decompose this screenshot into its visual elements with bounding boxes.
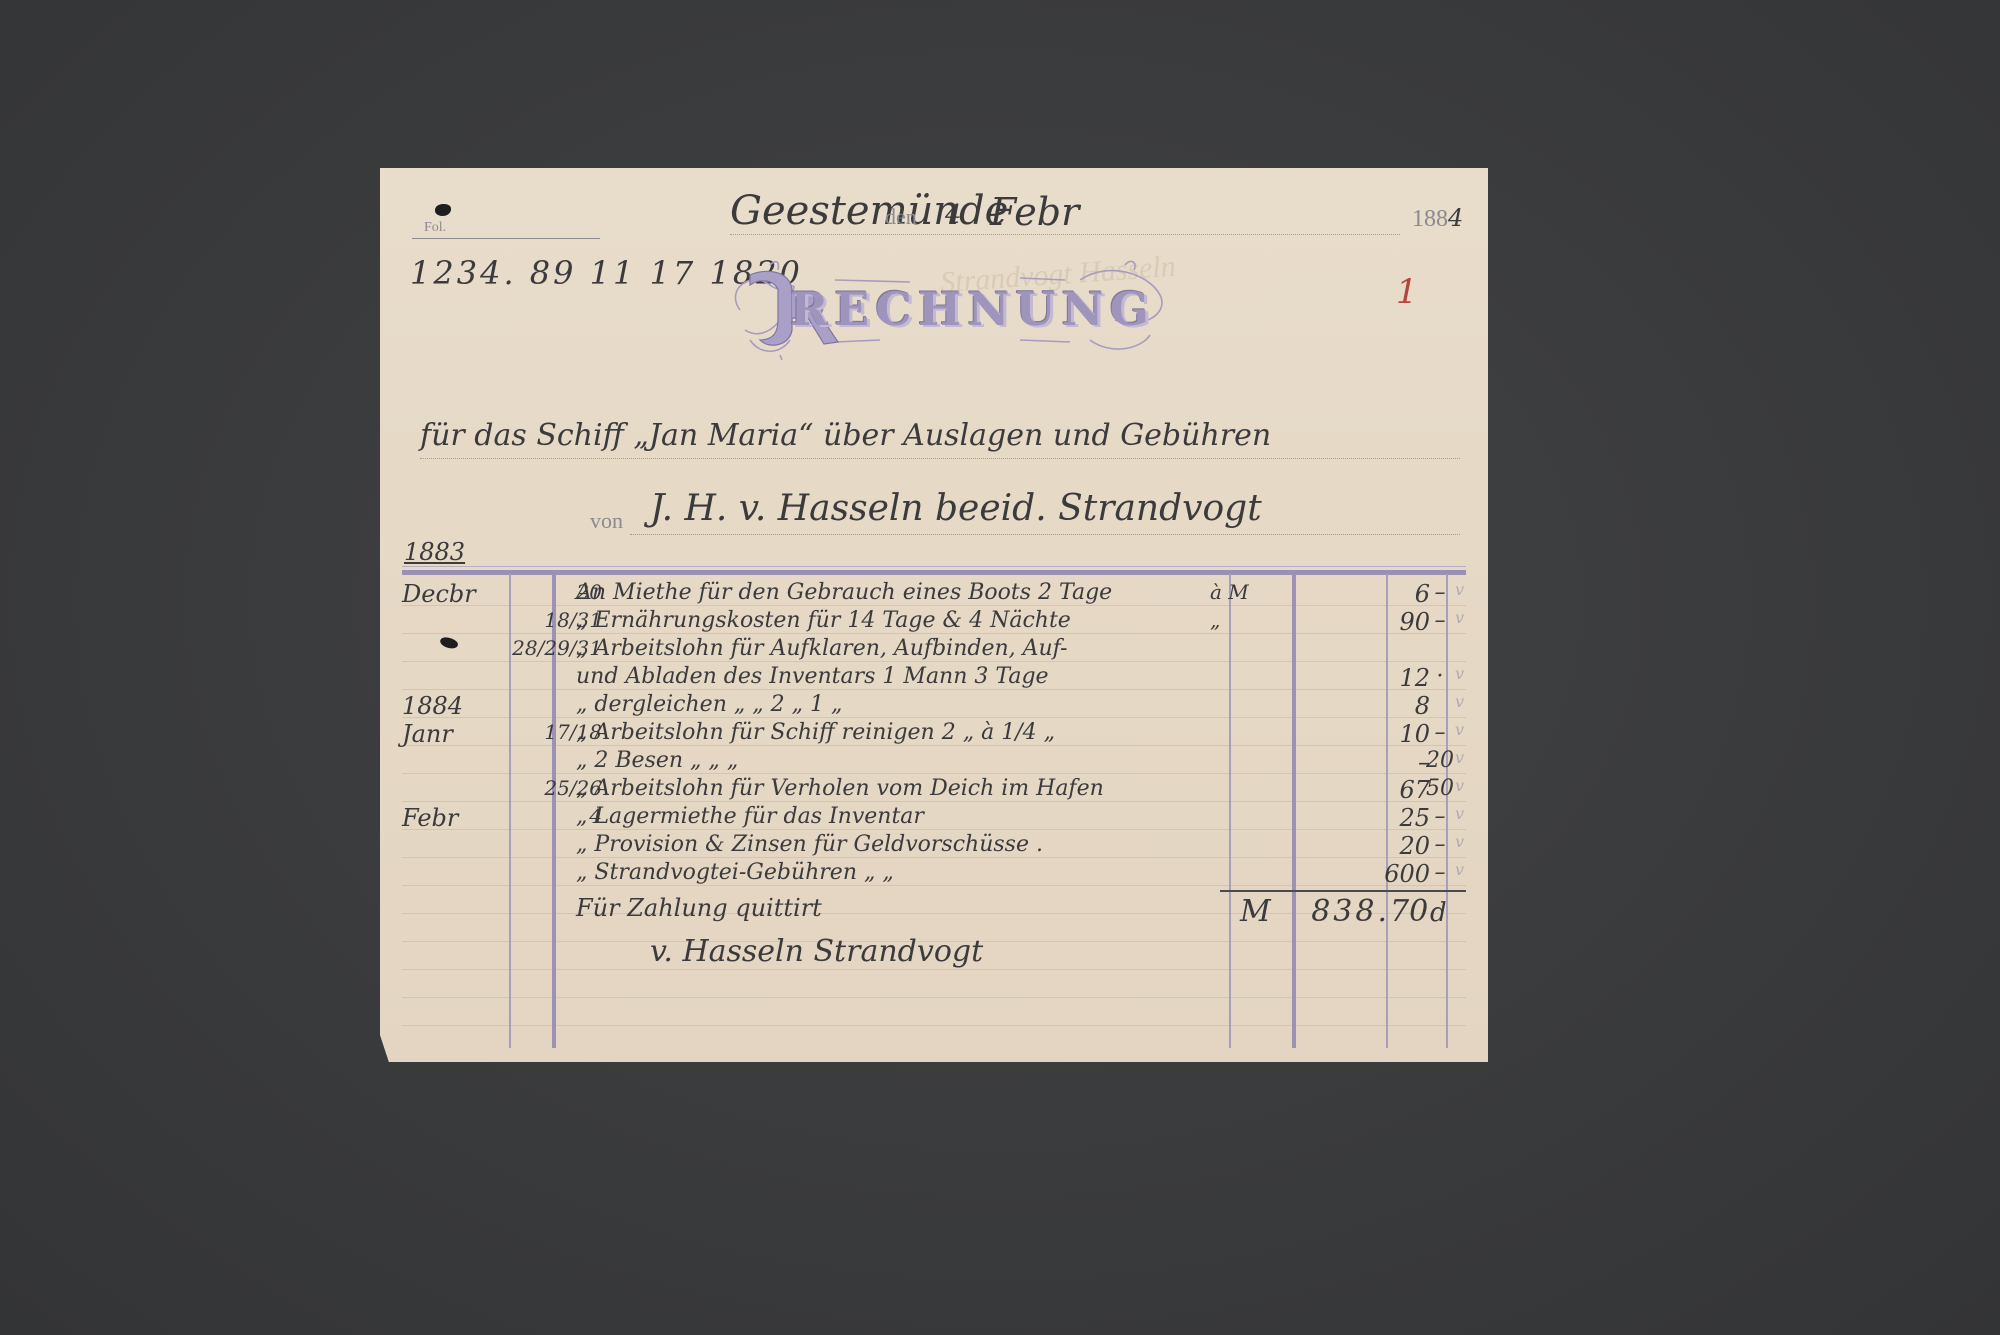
row-pfennig: – [1380, 804, 1500, 829]
signature: v. Hasseln Strandvogt [650, 934, 983, 969]
ink-blot [435, 204, 451, 216]
addressee-line: für das Schiff „Jan Maria“ über Auslagen… [420, 418, 1271, 453]
row-check: v [1455, 748, 1475, 767]
total-currency: M [1240, 894, 1271, 929]
date-year: 1884 [1412, 204, 1463, 233]
document-title: RECHNUNG [790, 282, 1155, 336]
row-check: v [1455, 580, 1475, 599]
folio-underline [412, 238, 600, 239]
row-check: v [1455, 720, 1475, 739]
row-check: v [1455, 804, 1475, 823]
row-description: „ Lagermiethe für das Inventar [576, 804, 1216, 829]
place-name: Geestemünde [730, 188, 1008, 234]
row-check: v [1455, 776, 1475, 795]
column-divider-unit [1229, 574, 1231, 1048]
row-description: „ Arbeitslohn für Verholen vom Deich im … [576, 776, 1216, 801]
row-description: „ Arbeitslohn für Aufklaren, Aufbinden, … [576, 636, 1216, 661]
from-value: J. H. v. Hasseln beeid. Strandvogt [650, 488, 1262, 529]
row-check: v [1455, 608, 1475, 627]
table-top-hairline [402, 566, 1466, 567]
row-description: An Miethe für den Gebrauch eines Boots 2… [576, 580, 1216, 605]
from-dotted-line [630, 534, 1460, 535]
ledger-year-start: 1883 [404, 538, 465, 566]
page-number: 1 [1396, 272, 1418, 312]
date-prefix: den [885, 204, 917, 230]
from-label: von [590, 508, 623, 534]
row-month: Janr [402, 720, 502, 748]
row-month: 1884 [402, 692, 502, 720]
invoice-paper: Strandvogt Hasseln Fol. 1234. 89 11 17 1… [380, 168, 1488, 1062]
row-check: v [1455, 860, 1475, 879]
row-description: „ 2 Besen „ „ „ [576, 748, 1216, 773]
date-month: Febr [990, 190, 1079, 234]
addressee-dotted-line [420, 458, 1460, 459]
row-month: Decbr [402, 580, 502, 608]
row-description: „ Arbeitslohn für Schiff reinigen 2 „ à … [576, 720, 1216, 745]
row-check: v [1455, 832, 1475, 851]
total-suffix: d [1430, 898, 1447, 928]
column-divider-month [509, 574, 511, 1048]
row-mark: 8 [1240, 692, 1430, 720]
row-pfennig: · [1380, 664, 1500, 689]
year-handwritten: 4 [1448, 204, 1463, 232]
folio-label: Fol. [424, 220, 446, 236]
total-rule [1220, 890, 1466, 892]
row-pfennig: – [1380, 832, 1500, 857]
row-pfennig: 20 [1380, 748, 1500, 773]
total-label: Für Zahlung quittirt [576, 894, 1216, 922]
row-pfennig: – [1380, 580, 1500, 605]
year-printed: 188 [1412, 206, 1448, 232]
row-month: Febr [402, 804, 502, 832]
row-description: „ Ernährungskosten für 14 Tage & 4 Nächt… [576, 608, 1216, 633]
row-description: „ dergleichen „ „ 2 „ 1 „ [576, 692, 1216, 717]
row-pfennig: – [1380, 720, 1500, 745]
row-description: „ Strandvogtei-Gebühren „ „ [576, 860, 1216, 885]
table-top-rule [402, 570, 1466, 575]
rechnung-title-ornament: RECHNUNG [720, 260, 1170, 360]
row-description: und Abladen des Inventars 1 Mann 3 Tage [576, 664, 1216, 689]
total-pfennig: 70 [1390, 894, 1428, 929]
date-day: 4 [945, 200, 962, 230]
row-pfennig: – [1380, 608, 1500, 633]
row-description: „ Provision & Zinsen für Geldvorschüsse … [576, 832, 1216, 857]
date-dotted-line [730, 234, 1400, 235]
total-mark: 838. [1310, 894, 1390, 929]
row-check: v [1455, 692, 1475, 711]
row-pfennig: 50 [1380, 776, 1500, 801]
row-pfennig: – [1380, 860, 1500, 885]
row-check: v [1455, 664, 1475, 683]
